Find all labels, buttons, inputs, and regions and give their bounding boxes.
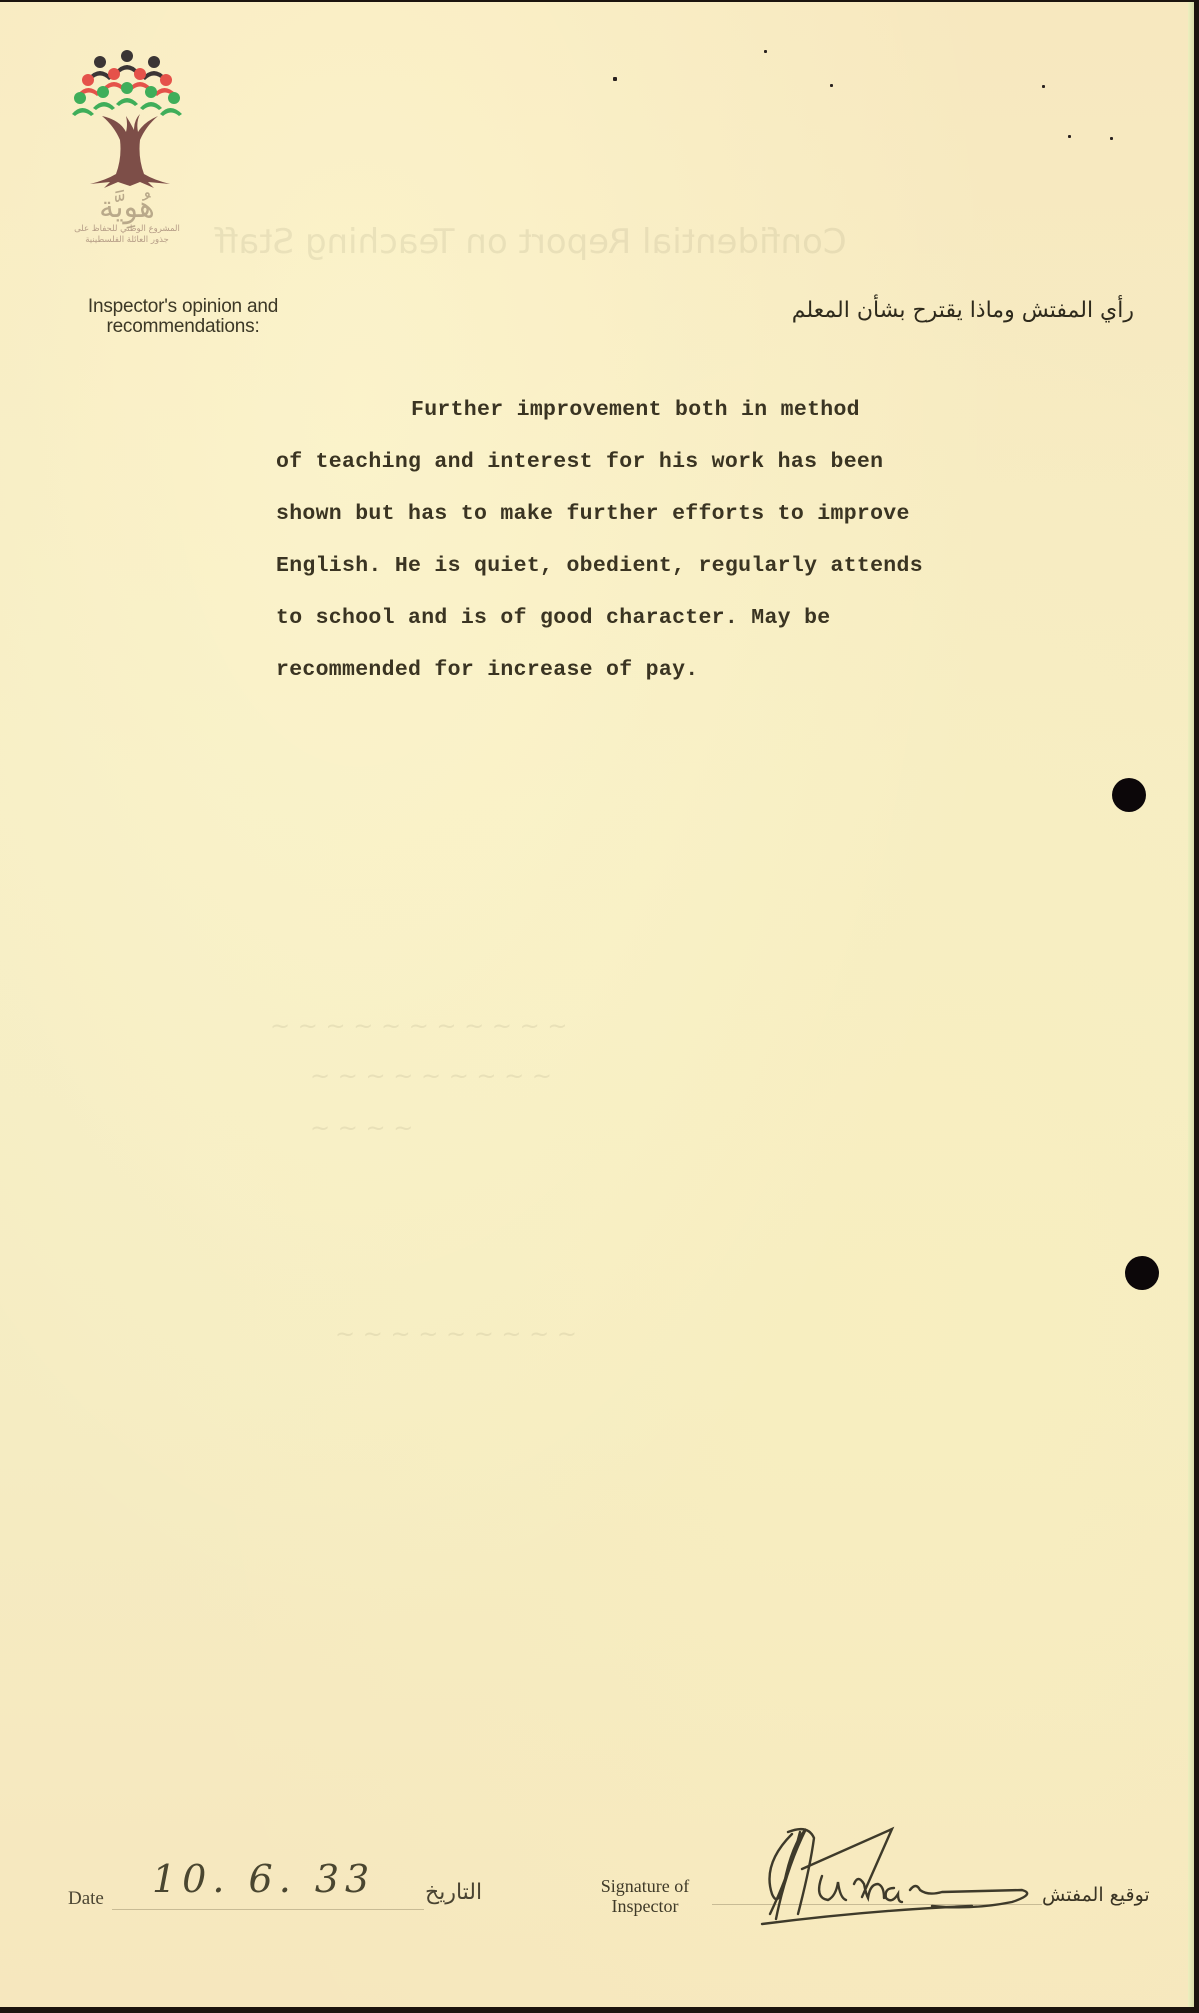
report-line: recommended for increase of pay. (276, 644, 1036, 696)
signature-label-line2: Inspector (580, 1896, 710, 1916)
report-line: shown but has to make further efforts to… (276, 488, 1036, 540)
logo-caption-line2: جذور العائلة الفلسطينية (62, 235, 192, 246)
date-label-ar: التاريخ (425, 1880, 482, 1905)
bleed-through-text: ~ ~ ~ ~ ~ ~ ~ ~ ~ (310, 1062, 552, 1090)
hole-punch-top (1112, 778, 1146, 812)
report-line: English. He is quiet, obedient, regularl… (276, 540, 1036, 592)
bleed-through-text: ~ ~ ~ ~ ~ ~ ~ ~ ~ ~ ~ (270, 1012, 568, 1040)
report-line: Further improvement both in method (276, 384, 1036, 436)
section-label-ar: رأي المفتش وماذا يقترح بشأن المعلم (792, 298, 1134, 323)
date-value: 10. 6. 33 (152, 1857, 375, 1901)
family-tree-icon (72, 50, 182, 190)
hole-punch-bottom (1125, 1256, 1159, 1290)
speck (1068, 135, 1071, 138)
signature-scribble-icon (752, 1814, 1042, 1934)
speck (764, 50, 767, 53)
signature-label: Signature of Inspector (580, 1876, 710, 1916)
bleed-through-text: ~ ~ ~ ~ ~ ~ ~ ~ ~ (335, 1320, 577, 1348)
inspector-signature (752, 1814, 1042, 1939)
logo-wordmark: هُوِيَّة (62, 192, 192, 224)
document-page: هُوِيَّة المشروع الوطني للحفاظ على جذور … (0, 2, 1194, 2007)
section-label-en: Inspector's opinion and recommendations: (68, 297, 298, 337)
speck (1042, 85, 1045, 88)
speck (613, 77, 617, 81)
report-body: Further improvement both in method of te… (276, 384, 1036, 696)
signature-label-line1: Signature of (580, 1876, 710, 1896)
report-line: of teaching and interest for his work ha… (276, 436, 1036, 488)
bleed-through-heading: Confidential Report on Teaching Staff (215, 222, 847, 262)
page-edge (1188, 2, 1194, 2007)
section-label-en-line1: Inspector's opinion and (68, 297, 298, 317)
section-label-en-line2: recommendations: (68, 317, 298, 337)
bleed-through-text: ~ ~ ~ ~ (310, 1114, 413, 1142)
speck (830, 84, 833, 87)
date-label: Date (68, 1888, 104, 1910)
date-underline (112, 1909, 424, 1910)
speck (1110, 137, 1113, 140)
report-line: to school and is of good character. May … (276, 592, 1036, 644)
logo-caption-line1: المشروع الوطني للحفاظ على (62, 224, 192, 235)
signature-label-ar: توقيع المفتش (1042, 1884, 1150, 1906)
hawiya-logo: هُوِيَّة المشروع الوطني للحفاظ على جذور … (62, 50, 192, 246)
